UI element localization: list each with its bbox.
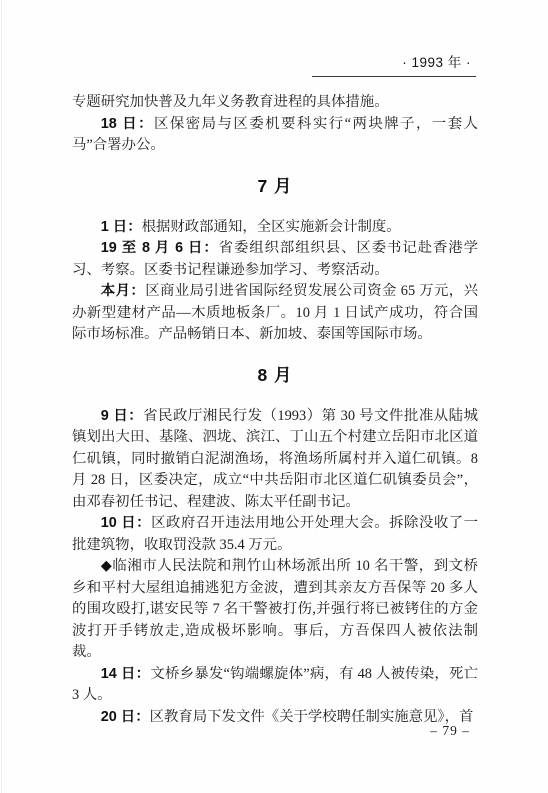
paragraph: 18 日：区保密局与区委机要科实行“两块牌子，一套人马”合署办公。 bbox=[72, 114, 478, 157]
paragraph-text: 区教育局下发文件《关于学校聘任制实施意见》，首 bbox=[150, 709, 474, 725]
paragraph-text: 专题研究加快普及九年义务教育进程的具体措施。 bbox=[72, 94, 389, 110]
date-label: 18 日： bbox=[101, 116, 154, 132]
page-number: – 79 – bbox=[430, 723, 470, 739]
paragraph: 本月：区商业局引进省国际经贸发展公司资金 65 万元，兴办新型建材产品—木质地板… bbox=[72, 281, 478, 346]
paragraph: 1 日：根据财政部通知，全区实施新会计制度。 bbox=[72, 217, 478, 239]
date-label: 20 日： bbox=[101, 709, 150, 725]
paragraph-text: 临湘市人民法院和荆竹山林场派出所 10 名干警，到文桥乡和平村大屋组追捕逃犯方金… bbox=[72, 558, 478, 660]
running-head-rule bbox=[312, 76, 476, 77]
month-heading-july: 7 月 bbox=[72, 173, 478, 199]
paragraph: 10 日：区政府召开违法用地公开处理大会。拆除没收了一批建筑物，收取罚没款 35… bbox=[72, 513, 478, 556]
page-body: 专题研究加快普及九年义务教育进程的具体措施。 18 日：区保密局与区委机要科实行… bbox=[72, 92, 478, 728]
paragraph: 20 日：区教育局下发文件《关于学校聘任制实施意见》，首 bbox=[72, 707, 478, 729]
date-label: 19 至 8 月 6 日： bbox=[101, 240, 219, 256]
date-label: 本月： bbox=[101, 283, 145, 299]
paragraph-text: 根据财政部通知，全区实施新会计制度。 bbox=[142, 219, 401, 235]
running-head: · 1993 年 · bbox=[312, 51, 476, 77]
paragraph-with-bullet: ◆临湘市人民法院和荆竹山林场派出所 10 名干警，到文桥乡和平村大屋组追捕逃犯方… bbox=[72, 556, 478, 664]
paragraph: 19 至 8 月 6 日：省委组织部组织县、区委书记赴香港学习、考察。区委书记程… bbox=[72, 238, 478, 281]
date-label: 14 日： bbox=[101, 666, 151, 682]
paragraph-continuation: 专题研究加快普及九年义务教育进程的具体措施。 bbox=[72, 92, 478, 114]
diamond-bullet-icon: ◆ bbox=[101, 558, 113, 574]
scan-edge-artifact bbox=[1, 0, 2, 793]
paragraph: 14 日：文桥乡暴发“钩端螺旋体”病，有 48 人被传染，死亡 3 人。 bbox=[72, 664, 478, 707]
year-label: · 1993 年 · bbox=[312, 51, 476, 71]
date-label: 1 日： bbox=[101, 219, 142, 235]
month-heading-august: 8 月 bbox=[72, 362, 478, 388]
date-label: 10 日： bbox=[101, 515, 151, 531]
date-label: 9 日： bbox=[101, 408, 143, 424]
book-page: · 1993 年 · 专题研究加快普及九年义务教育进程的具体措施。 18 日：区… bbox=[0, 0, 548, 793]
paragraph: 9 日：省民政厅湘民行发（1993）第 30 号文件批准从陆城镇划出大田、基隆、… bbox=[72, 406, 478, 514]
